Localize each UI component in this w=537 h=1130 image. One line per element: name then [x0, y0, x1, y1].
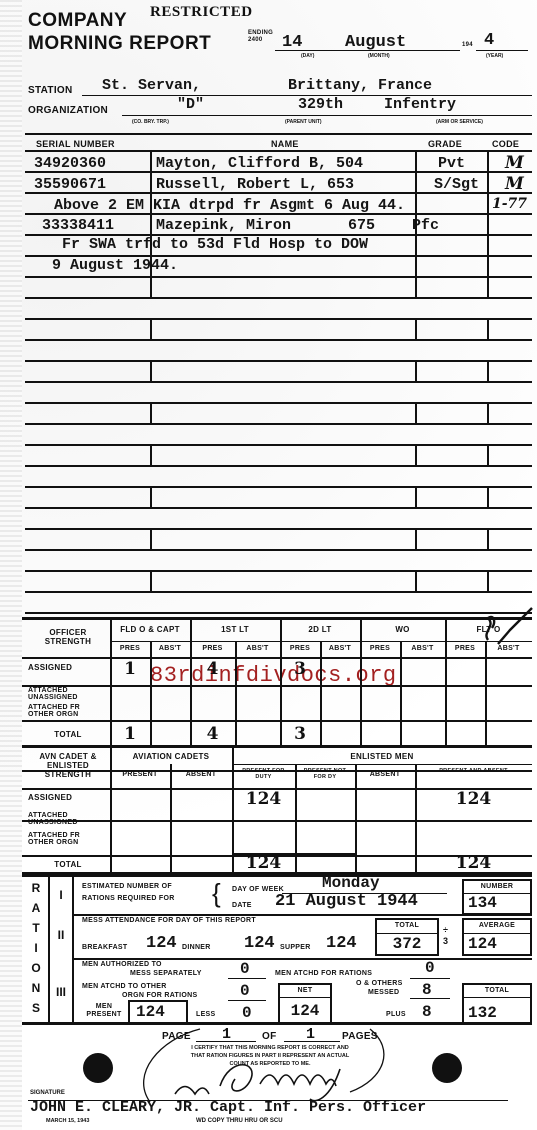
enlisted-row-label: TOTAL [28, 860, 108, 869]
roster-serial: 33338411 [42, 217, 114, 234]
roster-remark: 9 August 1944. [52, 257, 178, 274]
atchd-other-label: MEN ATCHD TO OTHER [82, 983, 167, 990]
average-label: AVERAGE [464, 922, 530, 929]
officer-row-label: ATTACHED UNASSIGNED [28, 687, 108, 701]
enlisted-sub-header: PRESENT [110, 771, 170, 778]
brace-icon: { [212, 879, 221, 907]
day-of-week-value: Monday [322, 874, 380, 892]
rations-side-letter: N [24, 978, 48, 998]
roster-name: Russell, Robert L, 653 [156, 176, 354, 193]
men-present-value: 124 [136, 1003, 165, 1021]
roster-name: Mazepink, Miron [156, 217, 291, 234]
less-value: 0 [242, 1004, 252, 1022]
org-caption-arm: (ARM OR SERVICE) [436, 119, 483, 125]
enlisted-title: AVN CADET & ENLISTED STRENGTH [28, 752, 108, 779]
col-name: NAME [271, 139, 299, 149]
section-ii-numeral: II [50, 925, 72, 945]
others-messed-label: O & OTHERS [356, 980, 403, 987]
ration-total-value: 132 [468, 1004, 497, 1022]
officer-sub-header: ABS'T [150, 645, 190, 652]
roster-code: M [505, 153, 524, 173]
officer-sub-header: ABS'T [400, 645, 445, 652]
officer-strength-title: OFFICER STRENGTH [28, 628, 108, 646]
enlisted-cell: 124 [415, 853, 532, 873]
enlisted-row-label: ATTACHED FR OTHER ORGN [28, 832, 108, 846]
month-caption: (MONTH) [368, 53, 390, 59]
enlisted-sub-header: ABSENT [170, 771, 232, 778]
mess-total-value: 372 [377, 935, 437, 953]
enlisted-cell: 124 [415, 789, 532, 809]
aviation-cadets-header: AVIATION CADETS [110, 752, 232, 761]
breakfast-value: 124 [146, 934, 177, 953]
rations-required-label-2: RATIONS REQUIRED FOR [82, 895, 175, 902]
restricted-stamp: RESTRICTED [150, 4, 253, 21]
rations-side-letter: O [24, 958, 48, 978]
enlisted-sub-header: PRESENT AND ABSENT [415, 768, 532, 774]
supper-value: 124 [326, 934, 357, 953]
men-present-label: MEN PRESENT [82, 1003, 126, 1019]
officer-group-header: WO [360, 625, 445, 634]
officer-group-header: 1ST LT [190, 625, 280, 634]
dinner-label: DINNER [182, 944, 211, 951]
morning-report-page: COMPANY RESTRICTED MORNING REPORT ENDING… [0, 0, 537, 1130]
station-value-region: Brittany, France [288, 77, 432, 94]
roster-remark: Above 2 EM KIA dtrpd fr Asgmt 6 Aug 44. [54, 197, 405, 214]
atchd-other-label-2: ORGN FOR RATIONS [122, 992, 197, 999]
organization-company: "D" [177, 96, 204, 113]
section-iii-numeral: III [50, 982, 72, 1002]
organization-label: ORGANIZATION [28, 105, 108, 116]
date-value: 21 August 1944 [275, 892, 418, 911]
breakfast-label: BREAKFAST [82, 944, 127, 951]
rations-side-letter: I [24, 938, 48, 958]
others-messed-label-2: MESSED [368, 989, 399, 996]
officer-cell: 1 [110, 659, 150, 679]
officer-sub-header: ABS'T [485, 645, 532, 652]
enlisted-sub-header: PRESENT FOR DUTY [232, 768, 295, 780]
rations-side-letter: T [24, 918, 48, 938]
form-title-line2: MORNING REPORT [28, 34, 211, 54]
men-atchd-rations-value: 0 [425, 959, 435, 977]
number-value: 134 [468, 894, 497, 912]
officer-sub-header: ABS'T [235, 645, 280, 652]
less-label: LESS [196, 1011, 215, 1018]
officer-sub-header: PRES [190, 645, 235, 652]
rations-required-label: ESTIMATED NUMBER OF [82, 883, 172, 890]
mess-separately-label: MEN AUTHORIZED TO [82, 961, 162, 968]
roster-serial: 35590671 [34, 176, 106, 193]
signature-scrawl [120, 1024, 400, 1104]
mess-attendance-label: MESS ATTENDANCE FOR DAY OF THIS REPORT [82, 917, 256, 924]
col-grade: GRADE [428, 139, 462, 149]
form-date: MARCH 15, 1943 [46, 1118, 89, 1124]
roster-name: Mayton, Clifford B, 504 [156, 155, 363, 172]
binder-hole-left [83, 1053, 113, 1083]
enlisted-cell: 124 [232, 789, 295, 809]
signer-name-title: JOHN E. CLEARY, JR. Capt. Inf. Pers. Off… [30, 1099, 426, 1116]
supper-label: SUPPER [280, 944, 311, 951]
enlisted-men-header: ENLISTED MEN [232, 752, 532, 761]
station-label: STATION [28, 85, 73, 96]
dinner-value: 124 [244, 934, 275, 953]
col-code: CODE [492, 139, 519, 149]
enlisted-row-label: ATTACHED UNASSIGNED [28, 812, 108, 826]
org-caption-parent: (PARENT UNIT) [285, 119, 322, 125]
officer-row-label: ASSIGNED [28, 663, 108, 672]
year-caption: (YEAR) [486, 53, 503, 59]
others-messed-value: 8 [422, 981, 432, 999]
roster-serial: 34920360 [34, 155, 106, 172]
officer-sub-header: PRES [110, 645, 150, 652]
plus-value: 8 [422, 1003, 432, 1021]
officer-cell: 3 [280, 659, 320, 679]
net-label: NET [280, 987, 330, 994]
scribble-mark [480, 606, 537, 646]
mess-total-label: TOTAL [377, 922, 437, 929]
atchd-other-value: 0 [240, 982, 250, 1000]
binder-hole-right [432, 1053, 462, 1083]
report-day: 14 [282, 33, 302, 52]
officer-sub-header: PRES [280, 645, 320, 652]
average-value: 124 [468, 935, 497, 953]
rations-side-letter: S [24, 998, 48, 1018]
divide-by-three: ÷ 3 [443, 925, 453, 947]
report-month: August [345, 33, 406, 52]
ending-label: ENDING 2400 [248, 30, 274, 44]
mess-separately-label-2: MESS SEPARATELY [130, 970, 202, 977]
officer-group-header: 2D LT [280, 625, 360, 634]
officer-cell: 1 [110, 724, 150, 744]
roster-remark: Fr SWA trfd to 53d Fld Hosp to DOW [62, 236, 368, 253]
plus-label: PLUS [386, 1011, 406, 1018]
officer-cell: 3 [280, 724, 320, 744]
officer-cell: 4 [190, 724, 235, 744]
form-note: WD COPY THRU HRU OR SCU [196, 1118, 283, 1124]
scan-edge [0, 0, 22, 1130]
mess-separately-value: 0 [240, 960, 250, 978]
enlisted-row-label: ASSIGNED [28, 793, 108, 802]
officer-group-header: FLD O & CAPT [110, 625, 190, 634]
officer-sub-header: PRES [445, 645, 485, 652]
rations-side-letter: A [24, 898, 48, 918]
roster-grade: S/Sgt [434, 176, 479, 193]
section-i-numeral: I [50, 885, 72, 905]
roster-code: 1-77 [492, 196, 527, 212]
col-serial-number: SERIAL NUMBER [36, 139, 115, 149]
enlisted-sub-header: PRESENT NOT FOR DY [295, 768, 355, 780]
roster-grade: Pvt [438, 155, 465, 172]
officer-sub-header: PRES [360, 645, 400, 652]
station-value: St. Servan, [102, 77, 201, 94]
date-label: DATE [232, 902, 252, 909]
form-title-line1: COMPANY [28, 11, 127, 31]
organization-arm: Infentry [384, 96, 456, 113]
signature-label: SIGNATURE [30, 1090, 65, 1096]
officer-row-label: ATTACHED FR OTHER ORGN [28, 704, 108, 718]
day-caption: (DAY) [301, 53, 314, 59]
officer-row-label: TOTAL [28, 730, 108, 739]
org-caption-company: (CO. BRY. TRP.) [132, 119, 169, 125]
net-value: 124 [280, 1002, 330, 1020]
ration-total-label: TOTAL [464, 987, 530, 994]
officer-sub-header: ABS'T [320, 645, 360, 652]
men-atchd-rations-label: MEN ATCHD FOR RATIONS [275, 970, 372, 977]
rations-side-label: RATIONS [24, 878, 48, 1018]
number-label: NUMBER [464, 883, 530, 890]
officer-cell: 4 [190, 659, 235, 679]
enlisted-sub-header: ABSENT [355, 771, 415, 778]
rations-side-letter: R [24, 878, 48, 898]
report-year: 4 [484, 31, 494, 50]
roster-code: M [505, 174, 524, 194]
organization-parent: 329th [298, 96, 343, 113]
year-prefix: 194 [462, 42, 473, 48]
roster-mos: 675 [348, 217, 375, 234]
